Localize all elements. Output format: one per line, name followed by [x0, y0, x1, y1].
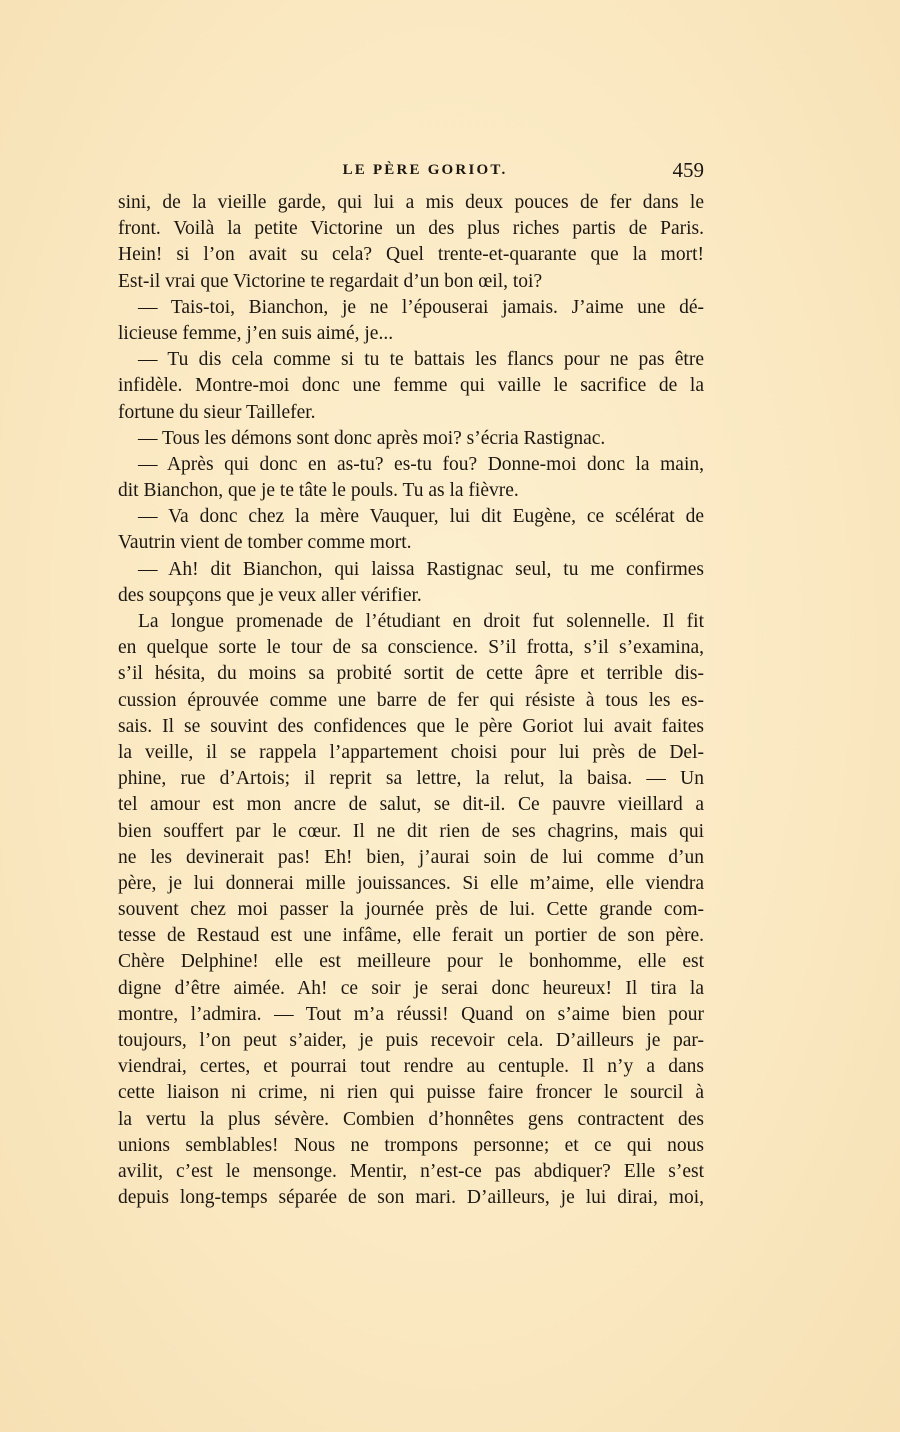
text-line: digne d’être aimée. Ah! ce soir je serai… [118, 976, 704, 1002]
page-number: 459 [673, 158, 705, 183]
text-line: dit Bianchon, que je te tâte le pouls. T… [118, 478, 704, 504]
text-line: sais. Il se souvint des confidences que … [118, 714, 704, 740]
page-header: LE PÈRE GORIOT. 459 [118, 160, 704, 186]
text-line: tel amour est mon ancre de salut, se dit… [118, 792, 704, 818]
text-line: front. Voilà la petite Victorine un des … [118, 216, 704, 242]
text-line: cussion éprouvée comme une barre de fer … [118, 688, 704, 714]
text-line: la veille, il se rappela l’appartement c… [118, 740, 704, 766]
book-page: LE PÈRE GORIOT. 459 sini, de la vieille … [0, 0, 900, 1432]
text-line: — Tais-toi, Bianchon, je ne l’épouserai … [118, 295, 704, 321]
text-line: la vertu la plus sévère. Combien d’honnê… [118, 1107, 704, 1133]
text-line: s’il hésita, du moins sa probité sortit … [118, 661, 704, 687]
text-line: bien souffert par le cœur. Il ne dit rie… [118, 819, 704, 845]
text-line: sini, de la vieille garde, qui lui a mis… [118, 190, 704, 216]
text-line: fortune du sieur Taillefer. [118, 400, 704, 426]
text-line: infidèle. Montre-moi donc une femme qui … [118, 373, 704, 399]
text-line: tesse de Restaud est une infâme, elle fe… [118, 923, 704, 949]
text-line: — Après qui donc en as-tu? es-tu fou? Do… [118, 452, 704, 478]
text-line: cette liaison ni crime, ni rien qui puis… [118, 1080, 704, 1106]
text-line: des soupçons que je veux aller vérifier. [118, 583, 704, 609]
text-line: Vautrin vient de tomber comme mort. [118, 530, 704, 556]
text-line: — Va donc chez la mère Vauquer, lui dit … [118, 504, 704, 530]
text-line: — Tous les démons sont donc après moi? s… [118, 426, 704, 452]
text-line: Hein! si l’on avait su cela? Quel trente… [118, 242, 704, 268]
text-line: unions semblables! Nous ne trompons pers… [118, 1133, 704, 1159]
text-line: Est-il vrai que Victorine te regardait d… [118, 269, 704, 295]
text-line: souvent chez moi passer la journée près … [118, 897, 704, 923]
text-line: toujours, l’on peut s’aider, je puis rec… [118, 1028, 704, 1054]
text-line: Chère Delphine! elle est meilleure pour … [118, 949, 704, 975]
text-line: licieuse femme, j’en suis aimé, je... [118, 321, 704, 347]
body-text: sini, de la vieille garde, qui lui a mis… [118, 190, 704, 1211]
text-line: La longue promenade de l’étudiant en dro… [118, 609, 704, 635]
running-title: LE PÈRE GORIOT. [118, 162, 704, 179]
text-line: — Ah! dit Bianchon, qui laissa Rastignac… [118, 557, 704, 583]
text-line: ne les devinerait pas! Eh! bien, j’aurai… [118, 845, 704, 871]
text-line: en quelque sorte le tour de sa conscienc… [118, 635, 704, 661]
text-line: depuis long-temps séparée de son mari. D… [118, 1185, 704, 1211]
text-line: phine, rue d’Artois; il reprit sa lettre… [118, 766, 704, 792]
text-line: montre, l’admira. — Tout m’a réussi! Qua… [118, 1002, 704, 1028]
text-line: — Tu dis cela comme si tu te battais les… [118, 347, 704, 373]
text-line: viendrai, certes, et pourrai tout rendre… [118, 1054, 704, 1080]
text-line: père, je lui donnerai mille jouissances.… [118, 871, 704, 897]
text-line: avilit, c’est le mensonge. Mentir, n’est… [118, 1159, 704, 1185]
